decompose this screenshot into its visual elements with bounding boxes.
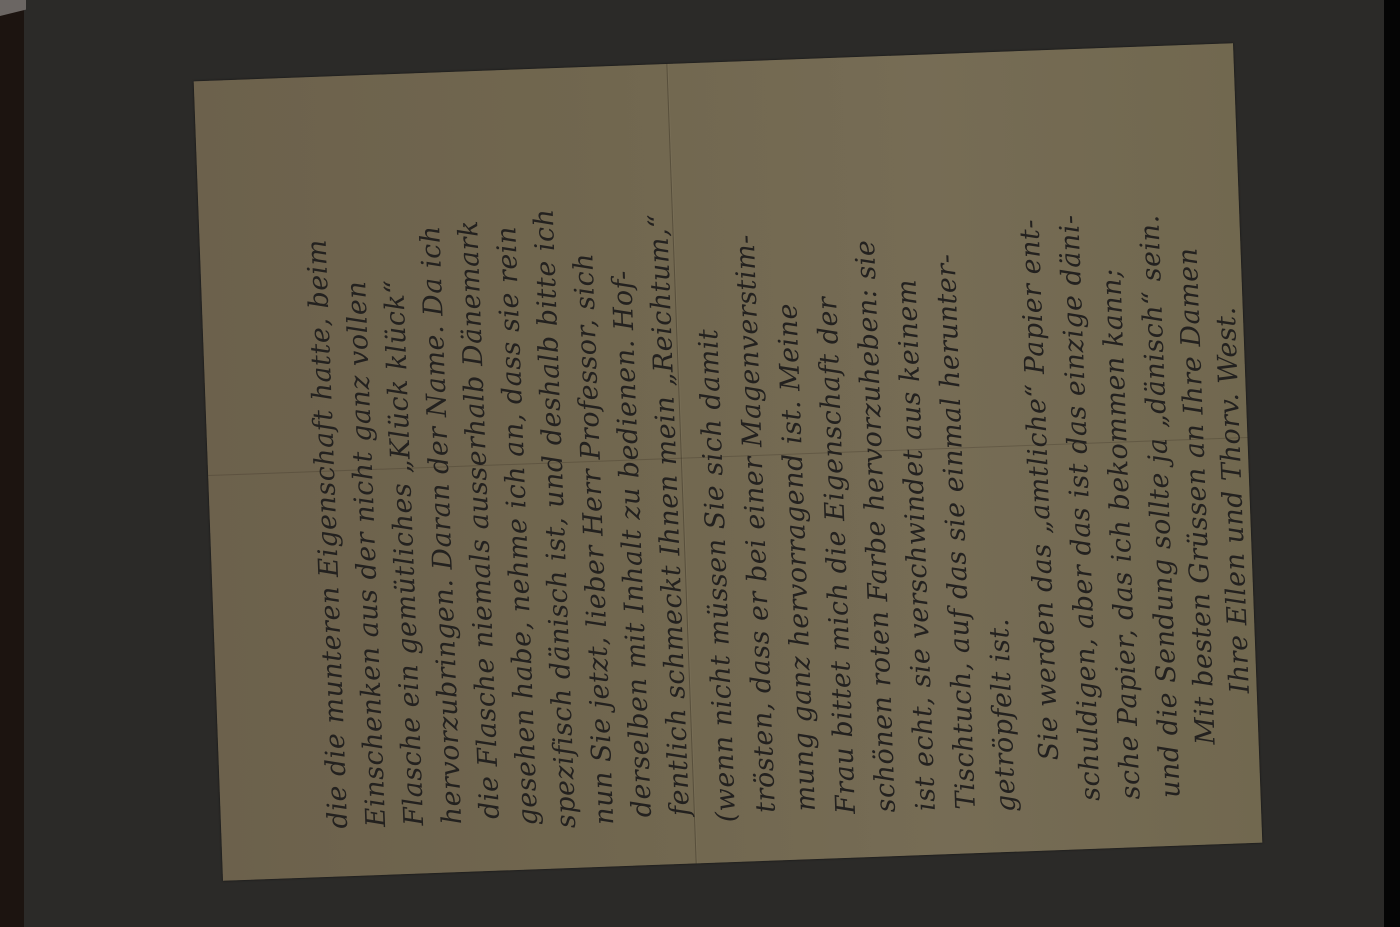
letter-text: die die munteren Eigenschaft hatte, beim… [194, 43, 1263, 881]
letter-paper: die die munteren Eigenschaft hatte, beim… [194, 43, 1263, 881]
left-edge-strip [0, 0, 24, 927]
letter-line: getröpfelt ist. [984, 618, 1022, 813]
right-edge-strip [1384, 0, 1400, 927]
